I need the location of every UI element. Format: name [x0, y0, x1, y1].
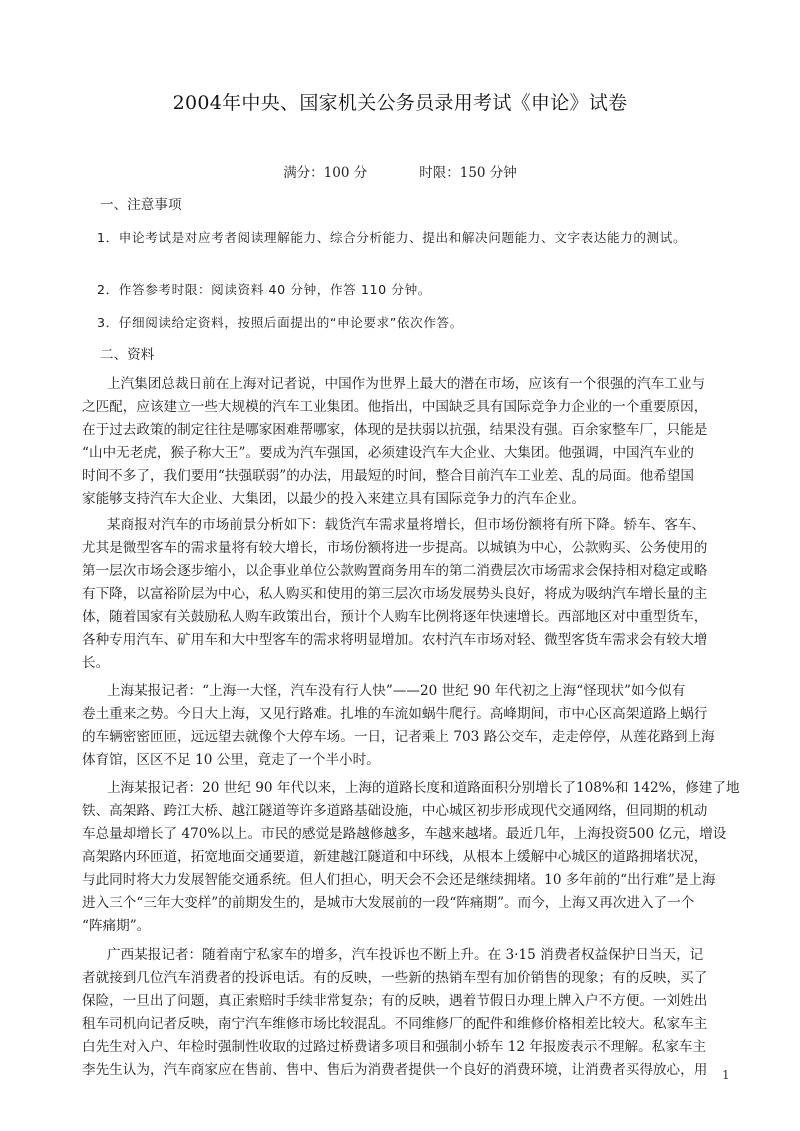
note-item-1: 1．申论考试是对应考者阅读理解能力、综合分析能力、提出和解决问题能力、文字表达能…: [97, 229, 686, 247]
paragraph-1-line: 上汽集团总裁日前在上海对记者说，中国作为世界上最大的潜在市场，应该有一个很强的汽…: [107, 375, 705, 393]
page-number: 1: [722, 1068, 730, 1082]
note-item-3: 3．仔细阅读给定资料，按照后面提出的“申论要求”依次作答。: [97, 314, 463, 332]
paragraph-4-line: 上海某报记者：20 世纪 90 年代以来，上海的道路长度和道路面积分别增长了10…: [107, 779, 740, 797]
paragraph-2-line: 有下降，以富裕阶层为中心，私人购买和使用的第三层次市场发展势头良好，将成为吸纳汽…: [82, 585, 707, 603]
paragraph-2-line: 某商报对汽车的市场前景分析如下：载货汽车需求量将增长，但市场份额将有所下降。轿车…: [107, 516, 705, 534]
paragraph-5-line: 者就接到几位汽车消费者的投诉电话。有的反映，一些新的热销车型有加价销售的现象；有…: [82, 969, 707, 987]
paragraph-1-line: 时间不多了，我们要用“扶强联弱”的办法，用最短的时间，整合目前汽车工业差、乱的局…: [82, 467, 694, 485]
paragraph-1-line: 在于过去政策的制定往往是哪家困难帮哪家，体现的是扶弱以抗强，结果没有强。百余家整…: [82, 421, 707, 439]
full-score: 满分：100 分: [283, 161, 367, 181]
paragraph-1-line: 之匹配，应该建立一些大规模的汽车工业集团。他指出，中国缺乏具有国际竞争力企业的一…: [82, 398, 707, 416]
exam-meta: 满分：100 分时限：150 分钟: [0, 161, 800, 181]
paragraph-3-line: 上海某报记者：“上海一大怪，汽车没有行人快”——20 世纪 90 年代初之上海“…: [107, 682, 685, 700]
paragraph-3-line: 体育馆，区区不足 10 公里，竟走了一个半小时。: [82, 751, 380, 769]
paragraph-4-line: 高架路内环匝道，拓宽地面交通要道，新建越江隧道和中环线，从根本上缓解中心城区的道…: [82, 848, 707, 866]
paragraph-5-line: 租车司机向记者反映，南宁汽车维修市场比较混乱。不同维修厂的配件和维修价格相差比较…: [82, 1015, 707, 1033]
paragraph-1-line: “山中无老虎，猴子称大王”。要成为汽车强国，必须建设汽车大企业、大集团。他强调，…: [82, 444, 694, 462]
paragraph-4-line: “阵痛期”。: [82, 917, 150, 935]
document-title: 2004年中央、国家机关公务员录用考试《申论》试卷: [0, 88, 800, 115]
time-limit: 时限：150 分钟: [419, 161, 517, 181]
paragraph-4-line: 进入三个“三年大变样”的前期发生的，是城市大发展前的一段“阵痛期”。而今，上海又…: [82, 894, 694, 912]
paragraph-4-line: 铁、高架路、跨江大桥、越江隧道等许多道路基础设施，中心城区初步形成现代交通网络，…: [82, 802, 707, 820]
document-page: 2004年中央、国家机关公务员录用考试《申论》试卷 满分：100 分时限：150…: [0, 0, 800, 1131]
note-item-2: 2．作答参考时限：阅读资料 40 分钟，作答 110 分钟。: [97, 281, 431, 299]
paragraph-2-line: 第一层次市场会逐步缩小，以企事业单位公款购置商务用车的第二消费层次市场需求会保持…: [82, 562, 707, 580]
paragraph-1-line: 家能够支持汽车大企业、大集团，以最少的投入来建立具有国际竞争力的汽车企业。: [82, 490, 585, 508]
paragraph-5-line: 白先生对入户、年检时强制性收取的过路过桥费诸多项目和强制小轿车 12 年报废表示…: [82, 1038, 706, 1056]
section-heading-notes: 一、注意事项: [100, 196, 182, 214]
paragraph-4-line: 车总量却增长了 470%以上。市民的感觉是路越修越多，车越来越堵。最近几年，上海…: [82, 825, 726, 843]
paragraph-5-line: 广西某报记者：随着南宁私家车的增多，汽车投诉也不断上升。在 3·15 消费者权益…: [107, 946, 703, 964]
paragraph-3-line: 的车辆密密匝匝，远远望去就像个大停车场。一日，记者乘上 703 路公交车，走走停…: [82, 728, 715, 746]
paragraph-5-line: 李先生认为，汽车商家应在售前、售中、售后为消费者提供一个良好的消费环境，让消费者…: [82, 1061, 707, 1079]
paragraph-3-line: 卷土重来之势。今日大上海，又见行路难。扎堆的车流如蜗牛爬行。高峰期间，市中心区高…: [82, 705, 707, 723]
paragraph-4-line: 与此同时将大力发展智能交通系统。但人们担心，明天会不会还是继续拥堵。10 多年前…: [82, 871, 716, 889]
paragraph-5-line: 保险，一旦出了问题，真正索赔时手续非常复杂；有的反映，遇着节假日办理上牌入户不方…: [82, 992, 707, 1010]
paragraph-2-line: 各种专用汽车、矿用车和大中型客车的需求将明显增加。农村汽车市场对轻、微型客货车需…: [82, 631, 707, 649]
paragraph-2-line: 长。: [82, 654, 109, 672]
section-heading-materials: 二、资料: [100, 346, 154, 364]
paragraph-2-line: 体，随着国家有关鼓励私人购车政策出台，预计个人购车比例将逐年快速增长。西部地区对…: [82, 608, 707, 626]
paragraph-2-line: 尤其是微型客车的需求量将有较大增长，市场份额将进一步提高。以城镇为中心，公款购买…: [82, 539, 707, 557]
